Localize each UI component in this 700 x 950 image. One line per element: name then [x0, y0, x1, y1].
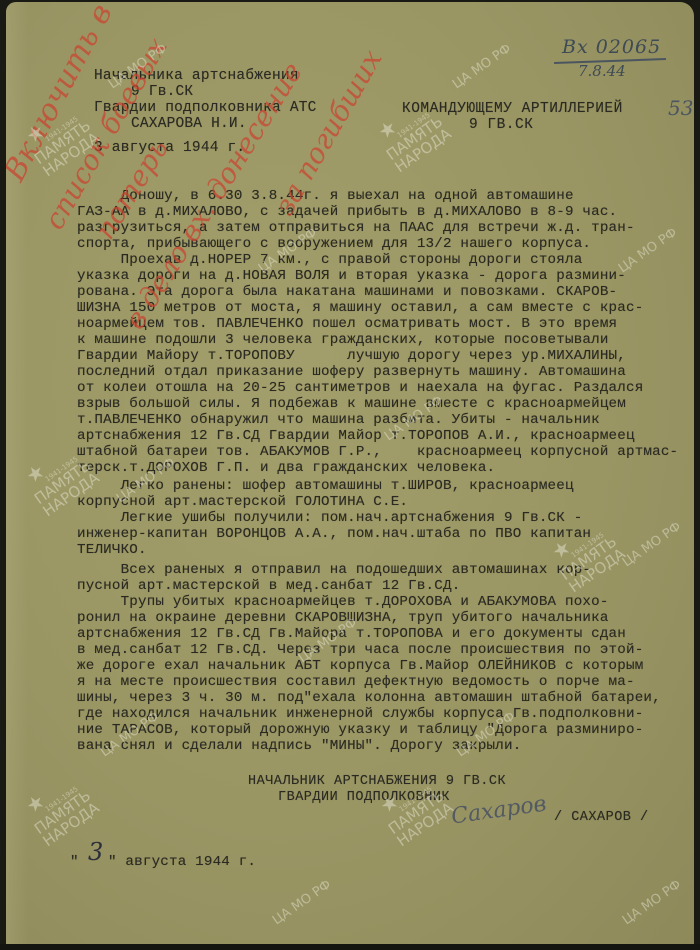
body-line: Легкие ушибы получили: пом.нач.артснабже… — [77, 510, 582, 527]
body-line: пусной арт.мастерской в мед.санбат 12 Гв… — [77, 578, 460, 595]
footer-date-open-quote: " — [70, 854, 79, 871]
watermark-archive: ЦА МО РФ — [450, 41, 514, 92]
body-line: инженер-капитан ВОРОНЦОВ А.А., пом.нач.ш… — [77, 526, 591, 543]
body-line: спорта, прибывающего с вооружением для 1… — [77, 236, 591, 253]
body-line: разгрузиться, а затем отправиться на ПАА… — [77, 220, 635, 237]
document-page: Начальника артснабжения 9 Гв.СК Гвардии … — [6, 2, 694, 946]
footer-date-day: 3 — [88, 838, 103, 866]
body-line: Трупы убитых красноармейцев т.ДОРОХОВА и… — [77, 594, 609, 611]
watermark-archive: ЦА МО РФ — [620, 519, 684, 570]
body-line: взрыв большой силы. Я подбежав к машине … — [77, 396, 626, 413]
signer-title: НАЧАЛЬНИК АРТСНАБЖЕНИЯ 9 ГВ.СК — [248, 774, 506, 791]
registry-number: Вх 02065 — [562, 36, 661, 58]
body-line: ТЕЛИЧКО. — [77, 542, 147, 559]
page-number: 53 — [668, 96, 693, 120]
scan-border — [0, 944, 700, 950]
watermark-archive: ЦА МО РФ — [620, 877, 684, 928]
body-line: же дороге ехал начальник АБТ корпуса Гв.… — [77, 658, 643, 675]
body-line: шины, через 3 ч. 30 м. под"ехала колонна… — [77, 690, 661, 707]
signer-name: / САХАРОВ / — [554, 810, 649, 827]
body-line: артснабжения 12 Гв.СД Гвардии Майор т.ТО… — [77, 428, 635, 445]
handwritten-signature: Сахаров — [450, 791, 548, 829]
body-line: последний отдал приказание шоферу развер… — [77, 364, 626, 381]
body-line: к машине подошли 3 человека гражданских,… — [77, 332, 609, 349]
body-line: т.ПАВЛЕЧЕНКО обнаружил что машина разбит… — [77, 412, 600, 429]
watermark-archive: ЦА МО РФ — [270, 877, 334, 928]
watermark-pamyat-naroda: ★ 1941-1945 ПАМЯТЬ НАРОДА — [16, 765, 102, 849]
body-line: терск.т.ДОРОХОВ Г.П. и два гражданских ч… — [77, 460, 495, 477]
sender-name: САХАРОВА Н.И. — [131, 116, 247, 133]
body-line: ноармейцем тов. ПАВЛЕЧЕНКО пошел осматри… — [77, 316, 617, 333]
body-line: ние ТАРАСОВ, который дорожную указку и т… — [77, 722, 643, 739]
body-line: Гвардии Майору т.ТОРОПОВУ лучшую дорогу … — [77, 348, 626, 365]
body-line: в мед.санбат 12 Гв.СД. Через три часа по… — [77, 642, 643, 659]
body-line: Доношу, в 6.30 3.8.44г. я выехал на одно… — [77, 188, 574, 205]
body-line: я на месте происшествия составил дефектн… — [77, 674, 635, 691]
body-line: от колеи отошла на 20-25 сантиметров и н… — [77, 380, 643, 397]
body-line: Всех раненых я отправил на подошедших ав… — [77, 562, 591, 579]
recipient-unit: 9 ГВ.СК — [469, 117, 533, 134]
footer-date-rest: " августа 1944 г. — [108, 854, 256, 871]
body-line: ГАЗ-АА в д.МИХАЛОВО, с задачей прибыть в… — [77, 204, 617, 221]
registry-date: 7.8.44 — [578, 62, 626, 80]
